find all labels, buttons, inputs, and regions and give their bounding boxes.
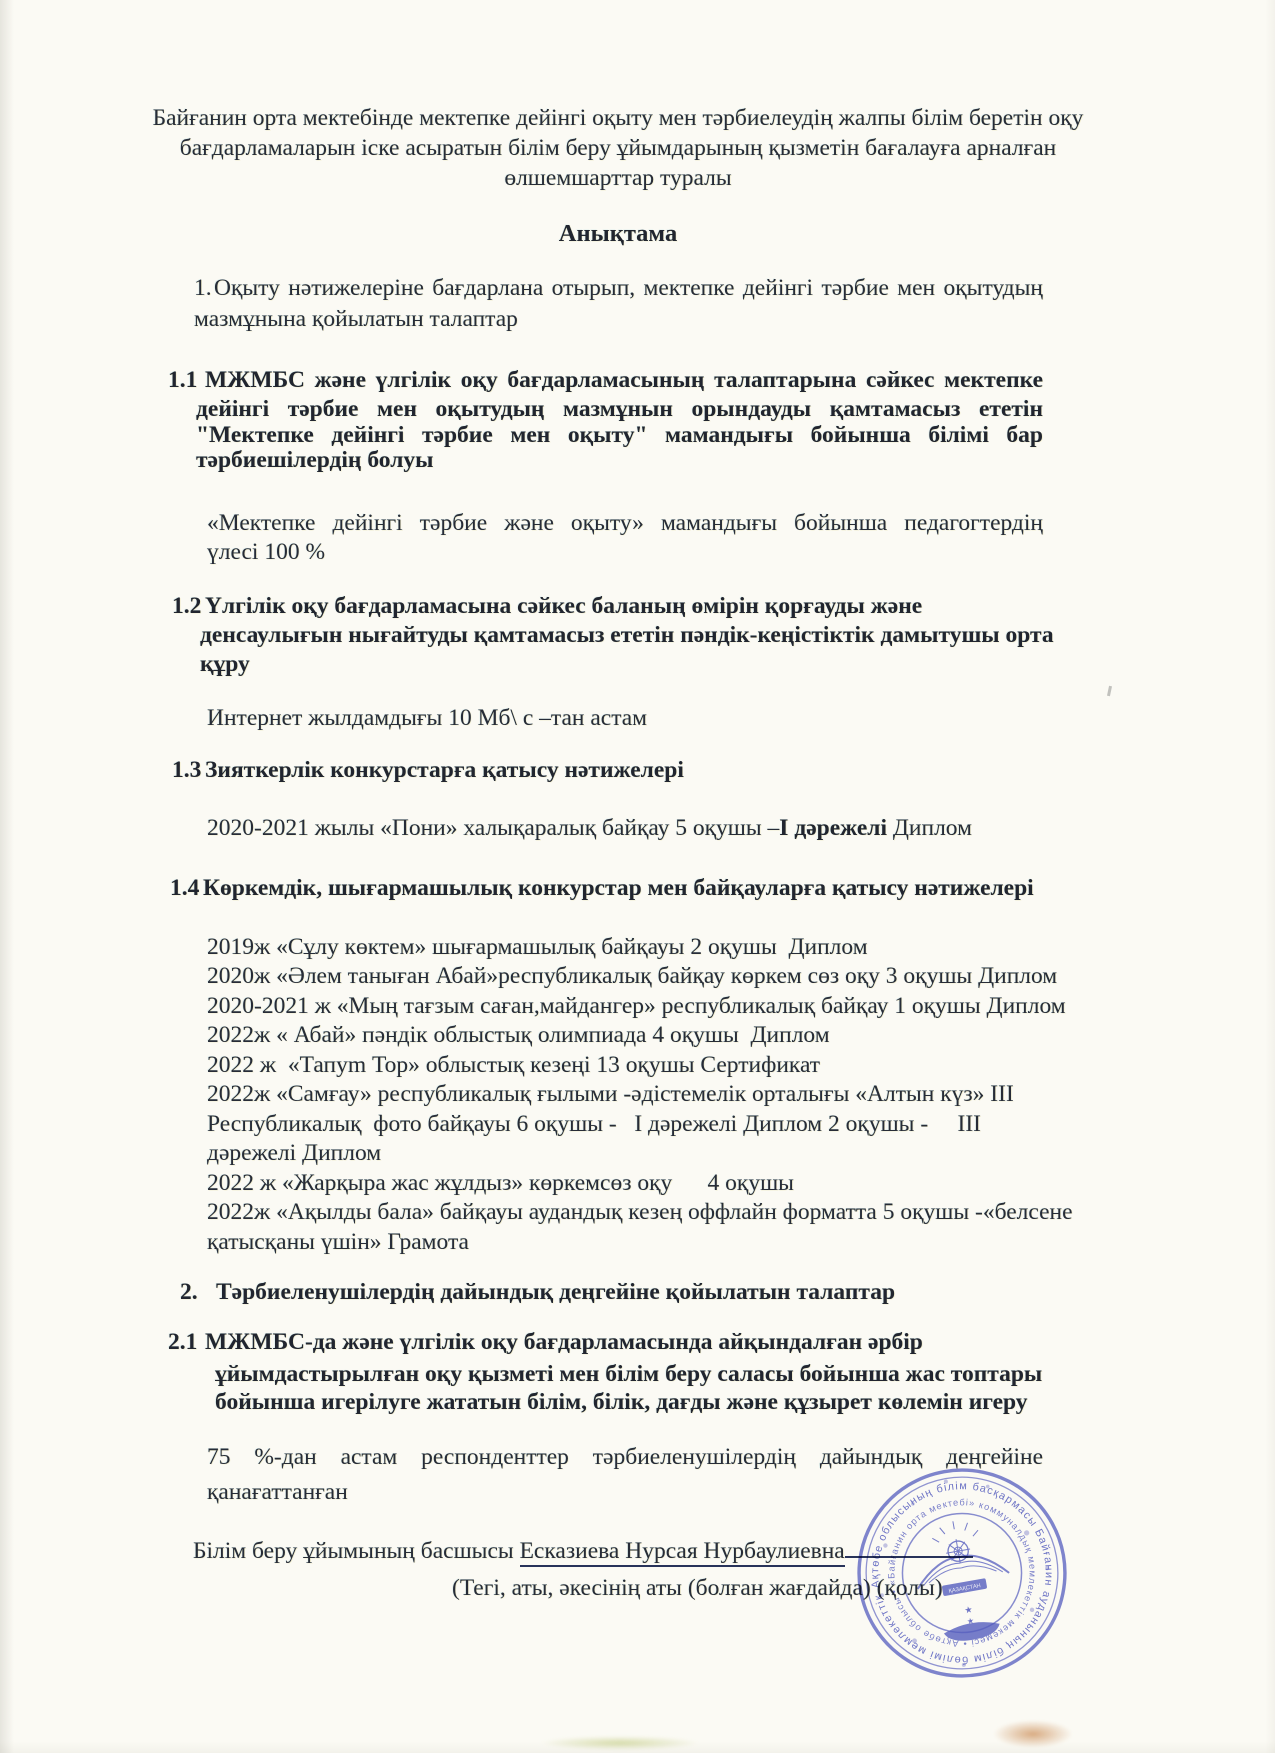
section-1-2-line-1: Үлгілік оқу бағдарламасына сәйкес баланы…: [205, 592, 922, 621]
achievement-line-3: 2020-2021 ж «Мың тағзым саған,майдангер»…: [207, 992, 1066, 1021]
section-2-1-line-2: ұйымдастырылған оқу қызметі мен білім бе…: [215, 1360, 1042, 1389]
section-1-1-line-4: тәрбиешілердің болуы: [196, 446, 434, 475]
section-2-1-line-3: бойынша игерілуге жататын білім, білік, …: [215, 1388, 1028, 1417]
paragraph-1-1-line-1: «Мектепке дейінгі тәрбие және оқыту» мам…: [207, 509, 1043, 538]
achievement-line-11: қатысқаны үшін» Грамота: [207, 1228, 469, 1257]
official-stamp: Ақтөбе облысының білім басқармасы Байған…: [851, 1462, 1073, 1684]
scan-smudge-green: [540, 1736, 700, 1750]
section-1-4-line-1: Көркемдік, шығармашылық конкурстар мен б…: [203, 874, 1034, 903]
scan-smudge-orange: [993, 1720, 1073, 1748]
signature-label: Білім беру ұйымының басшысы: [193, 1538, 520, 1564]
paragraph-1-2: Интернет жылдамдығы 10 Мб\ с –тан астам: [207, 704, 647, 733]
section-1-2-number: 1.2: [172, 592, 201, 621]
stamp-emblem-shanyrak: [930, 1517, 983, 1567]
achievement-line-6: 2022ж «Самғау» республикалық ғылыми -әді…: [207, 1080, 1014, 1109]
section-1-3-number: 1.3: [172, 756, 201, 785]
section-2-line-1: Тәрбиеленушілердің дайындық деңгейіне қо…: [216, 1278, 895, 1307]
section-1-line-2: мазмұнына қойылатын талаптар: [194, 305, 518, 334]
section-1-number: 1.: [194, 274, 212, 303]
achievement-line-4: 2022ж « Абай» пәндік облыстық олимпиада …: [207, 1021, 830, 1050]
paragraph-2-1-line-2: қанағаттанған: [207, 1478, 348, 1507]
section-1-2-line-2: денсаулығын нығайтуды қамтамасыз ететін …: [200, 621, 1054, 650]
achievement-line-9: 2022 ж «Жарқыра жас жұлдыз» көркемсөз оқ…: [207, 1169, 794, 1198]
signature-name: Есказиева Нурсая Нурбаулиевна: [520, 1538, 845, 1567]
scan-edge-mark: [1107, 686, 1112, 696]
achievement-line-1: 2019ж «Сұлу көктем» шығармашылық байқауы…: [207, 933, 868, 962]
section-1-1-number: 1.1: [168, 366, 197, 395]
section-2-number: 2.: [180, 1278, 198, 1307]
section-1-line-1: Оқыту нәтижелеріне бағдарлана отырып, ме…: [214, 274, 1043, 303]
section-1-4-number: 1.4: [170, 874, 199, 903]
stamp-star-1: ★: [964, 1604, 974, 1615]
document-title-line-2: бағдарламаларын іске асыратын білім беру…: [98, 134, 1138, 163]
paragraph-1-3-suffix: Диплом: [887, 815, 972, 841]
paragraph-1-1-line-2: үлесі 100 %: [207, 538, 325, 567]
paragraph-1-3-degree: I дәрежелі: [779, 815, 887, 841]
document-title-line-1: Байғанин орта мектебінде мектепке дейінг…: [98, 104, 1138, 133]
paragraph-1-3-prefix: 2020-2021 жылы «Пони» халықаралық байқау…: [207, 815, 779, 841]
achievement-line-8: дәрежелі Диплом: [207, 1139, 381, 1168]
achievement-line-2: 2020ж «Әлем таныған Абай»республикалық б…: [207, 962, 1057, 991]
section-2-1-number: 2.1: [168, 1328, 197, 1357]
achievement-line-7: Республикалық фото байқауы 6 оқушы - I д…: [207, 1110, 981, 1139]
section-1-2-line-3: құру: [200, 650, 250, 679]
scanned-document-page: Байғанин орта мектебінде мектепке дейінг…: [0, 0, 1275, 1753]
document-title-line-3: өлшемшарттар туралы: [98, 164, 1138, 193]
section-1-1-line-1: МЖМБС және үлгілік оқу бағдарламасының т…: [205, 366, 1043, 395]
document-heading: Анықтама: [98, 219, 1138, 248]
section-1-3-line-1: Зияткерлік конкурстарға қатысу нәтижелер…: [205, 756, 684, 785]
paragraph-1-3: 2020-2021 жылы «Пони» халықаралық байқау…: [207, 814, 972, 843]
section-1-1-line-2: дейінгі тәрбие мен оқытудың мазмұнын оры…: [196, 395, 1043, 424]
achievement-line-5: 2022 ж «Тапym Тор» облыстық кезеңі 13 оқ…: [207, 1051, 820, 1080]
section-2-1-line-1: МЖМБС-да және үлгілік оқу бағдарламасынд…: [205, 1328, 923, 1357]
achievement-line-10: 2022ж «Ақылды бала» байқауы аудандық кез…: [207, 1198, 1073, 1227]
